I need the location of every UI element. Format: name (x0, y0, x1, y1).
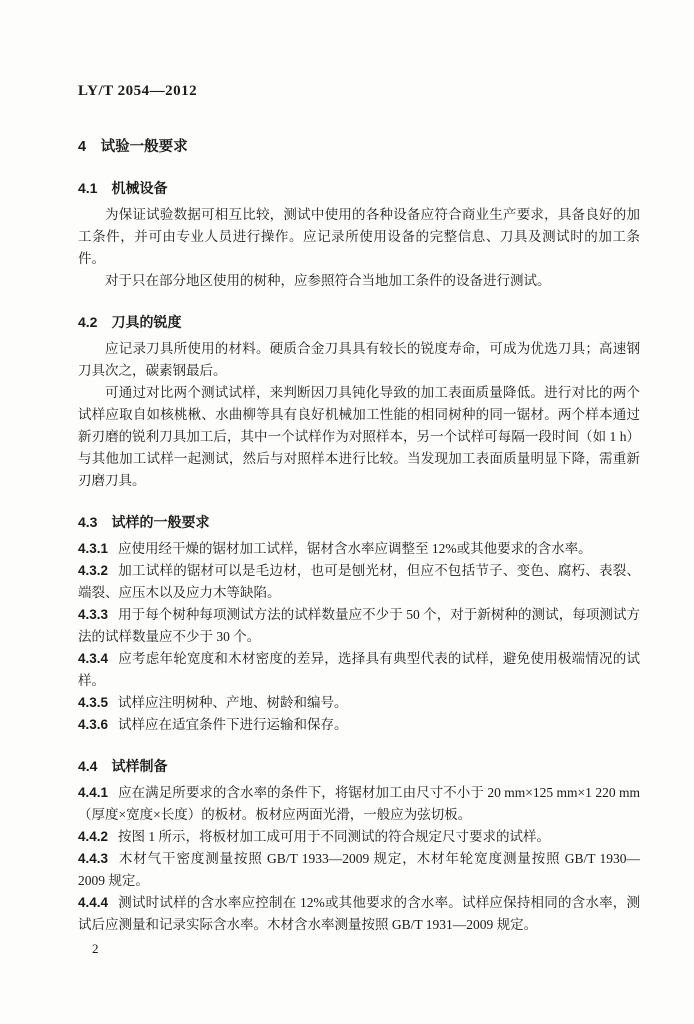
clause-text: 加工试样的锯材可以是毛边材，也可是刨光材，但应不包括节子、变色、腐朽、表裂、端裂… (78, 563, 640, 600)
clause-4-4-1: 4.4.1应在满足所要求的含水率的条件下，将锯材加工由尺寸不小于 20 mm×1… (78, 782, 640, 826)
clause-number: 4.3.6 (78, 717, 108, 732)
clause-4-3-5: 4.3.5试样应注明树种、产地、树龄和编号。 (78, 692, 640, 714)
document-page: LY/T 2054—2012 4 试验一般要求 4.1 机械设备 为保证试验数据… (0, 0, 694, 1024)
section-4-2-heading: 4.2 刀具的锐度 (78, 311, 640, 333)
standard-code: LY/T 2054—2012 (78, 80, 640, 102)
paragraph: 可通过对比两个测试试样，来判断因刀具钝化导致的加工表面质量降低。进行对比的两个试… (78, 382, 640, 492)
clause-number: 4.4.4 (78, 895, 108, 910)
clause-4-3-3: 4.3.3用于每个树种每项测试方法的试样数量应不少于 50 个，对于新树种的测试… (78, 604, 640, 648)
section-4-3-heading: 4.3 试样的一般要求 (78, 511, 640, 533)
clause-text: 应在满足所要求的含水率的条件下，将锯材加工由尺寸不小于 20 mm×125 mm… (78, 785, 640, 822)
clause-4-3-4: 4.3.4应考虑年轮宽度和木材密度的差异，选择具有典型代表的试样，避免使用极端情… (78, 648, 640, 692)
clause-number: 4.3.5 (78, 695, 108, 710)
chapter-heading: 4 试验一般要求 (78, 136, 640, 158)
paragraph: 为保证试验数据可相互比较，测试中使用的各种设备应符合商业生产要求，具备良好的加工… (78, 204, 640, 270)
clause-4-4-4: 4.4.4测试时试样的含水率应控制在 12%或其他要求的含水率。试样应保持相同的… (78, 892, 640, 936)
clause-4-4-3: 4.4.3木材气干密度测量按照 GB/T 1933—2009 规定，木材年轮宽度… (78, 848, 640, 892)
clause-number: 4.3.3 (78, 607, 108, 622)
clause-4-3-6: 4.3.6试样应在适宜条件下进行运输和保存。 (78, 714, 640, 736)
clause-text: 应考虑年轮宽度和木材密度的差异，选择具有典型代表的试样，避免使用极端情况的试样。 (78, 651, 640, 688)
section-4-1-heading: 4.1 机械设备 (78, 177, 640, 199)
section-4-4-heading: 4.4 试样制备 (78, 755, 640, 777)
clause-4-3-2: 4.3.2加工试样的锯材可以是毛边材，也可是刨光材，但应不包括节子、变色、腐朽、… (78, 560, 640, 604)
clause-number: 4.4.3 (78, 851, 108, 866)
paragraph: 对于只在部分地区使用的树种，应参照符合当地加工条件的设备进行测试。 (78, 270, 640, 292)
clause-number: 4.3.2 (78, 563, 108, 578)
page-content: LY/T 2054—2012 4 试验一般要求 4.1 机械设备 为保证试验数据… (78, 80, 640, 936)
clause-text: 应使用经干燥的锯材加工试样，锯材含水率应调整至 12%或其他要求的含水率。 (118, 541, 592, 556)
clause-text: 测试时试样的含水率应控制在 12%或其他要求的含水率。试样应保持相同的含水率，测… (78, 895, 640, 932)
clause-number: 4.3.4 (78, 651, 108, 666)
clause-number: 4.4.1 (78, 785, 108, 800)
paragraph: 应记录刀具所使用的材料。硬质合金刀具具有较长的锐度寿命，可成为优选刀具；高速钢刀… (78, 338, 640, 382)
clause-text: 按图 1 所示，将板材加工成可用于不同测试的符合规定尺寸要求的试样。 (118, 829, 550, 844)
clause-number: 4.3.1 (78, 541, 108, 556)
clause-4-3-1: 4.3.1应使用经干燥的锯材加工试样，锯材含水率应调整至 12%或其他要求的含水… (78, 538, 640, 560)
clause-text: 用于每个树种每项测试方法的试样数量应不少于 50 个，对于新树种的测试，每项测试… (78, 607, 640, 644)
clause-4-4-2: 4.4.2按图 1 所示，将板材加工成可用于不同测试的符合规定尺寸要求的试样。 (78, 826, 640, 848)
page-number: 2 (92, 938, 99, 960)
clause-number: 4.4.2 (78, 829, 108, 844)
clause-text: 木材气干密度测量按照 GB/T 1933—2009 规定，木材年轮宽度测量按照 … (78, 851, 640, 888)
clause-text: 试样应注明树种、产地、树龄和编号。 (118, 695, 348, 710)
clause-text: 试样应在适宜条件下进行运输和保存。 (118, 717, 348, 732)
